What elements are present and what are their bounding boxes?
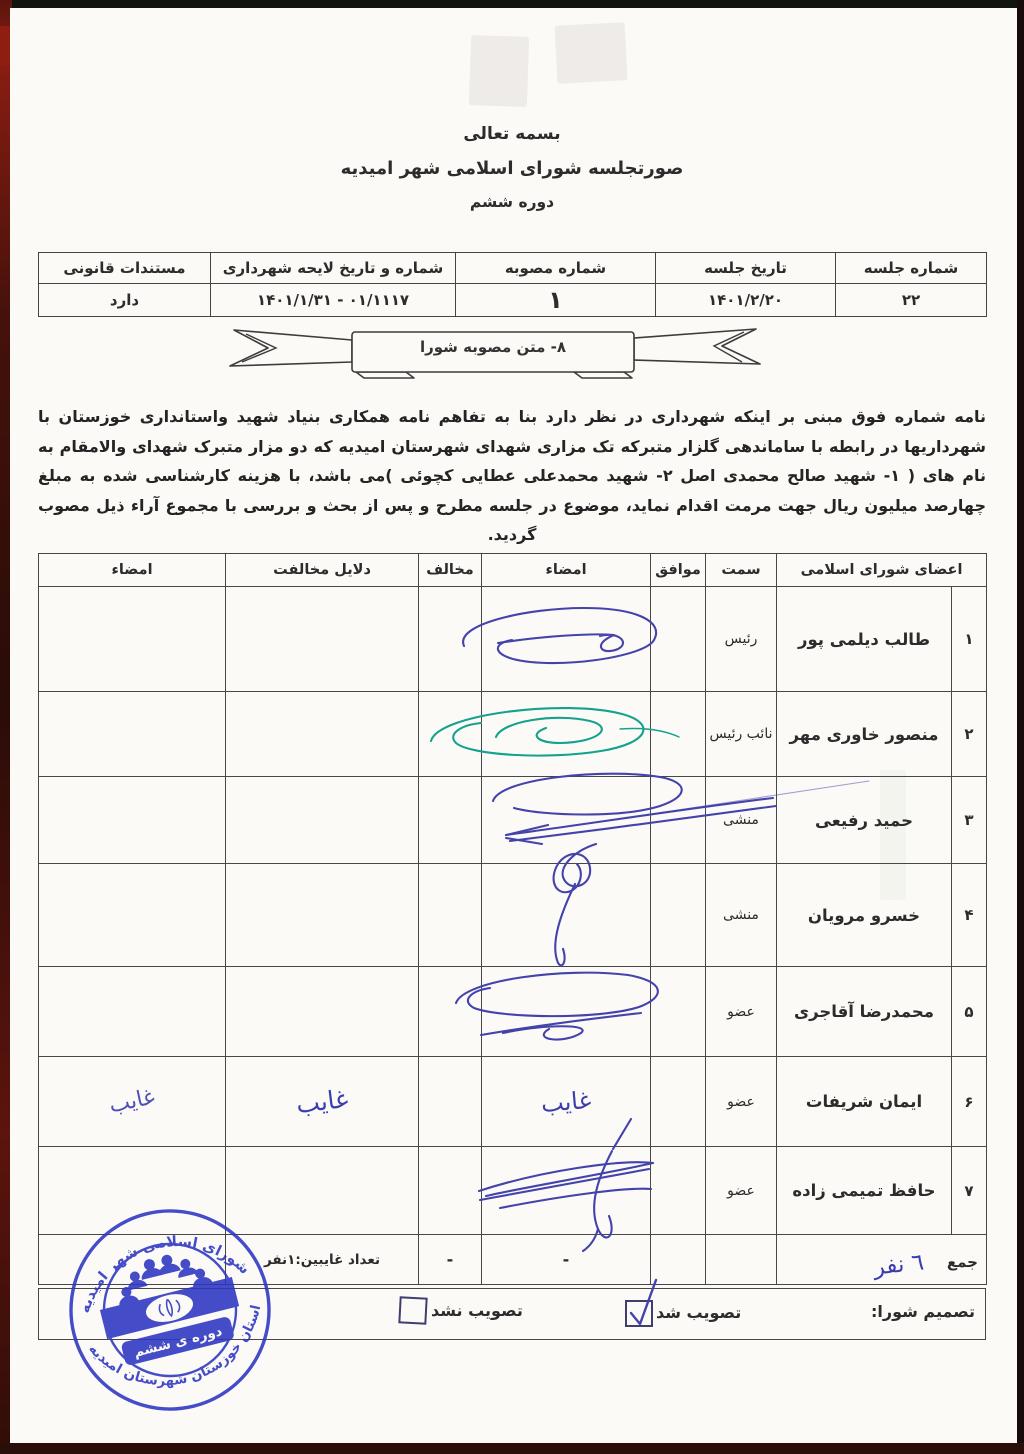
member-number: ۲ [952,692,987,777]
member-number: ۷ [952,1147,987,1235]
info-header-row: شماره جلسه تاریخ جلسه شماره مصوبه شماره … [39,253,987,284]
agree-cell [651,864,706,967]
member-row: ۲ منصور خاوری مهر نائب رئیس [39,692,987,777]
scan-edge-bottom [0,1443,1024,1454]
oppose-reason-cell: غایب [226,1057,419,1147]
signature-cell [482,1147,651,1235]
agree-cell [651,1057,706,1147]
handwritten-absent: غایب [107,1084,157,1118]
agree-cell [651,777,706,864]
session-number-value: ۲۲ [836,284,987,317]
scan-ghost-mark [555,22,628,84]
bill-number-value: ۰۱/۱۱۱۷ - ۱۴۰۱/۱/۳۱ [211,284,456,317]
term-line: دوره ششم [38,193,986,211]
document-header: بسمه تعالی صورتجلسه شورای اسلامی شهر امی… [38,124,986,211]
members-col-header: اعضای شورای اسلامی [777,554,987,587]
agree-cell [651,692,706,777]
oppose-cell [419,587,482,692]
bismillah-line: بسمه تعالی [38,124,986,144]
approved-label: تصویب شد [656,1303,741,1322]
oppose-cell [419,1057,482,1147]
member-row: ۱ طالب دیلمی پور رئیس [39,587,987,692]
member-position: منشی [706,864,777,967]
decision-label: تصمیم شورا: [871,1302,975,1321]
resolution-number-header: شماره مصوبه [456,253,656,284]
agree-cell [651,587,706,692]
member-name: خسرو مرویان [777,864,952,967]
signature2-cell [39,587,226,692]
member-position: عضو [706,1057,777,1147]
member-name: منصور خاوری مهر [777,692,952,777]
handwritten-absent: غایب [294,1084,349,1119]
member-row: ۷ حافظ تمیمی زاده عضو [39,1147,987,1235]
member-number: ۵ [952,967,987,1057]
section-banner: ۸- متن مصوبه شورا [216,326,770,384]
legal-docs-header: مستندات قانونی [39,253,211,284]
signature-cell [482,864,651,967]
decision-row: تصمیم شورا: تصویب شد تصویب نشد [38,1288,986,1340]
members-table-header: اعضای شورای اسلامی سمت موافق امضاء مخالف… [39,554,987,587]
signature2-cell [39,967,226,1057]
handwritten-total: ٦ نفر [873,1249,926,1280]
page-title: صورتجلسه شورای اسلامی شهر امیدیه [38,158,986,179]
info-value-row: ۲۲ ۱۴۰۱/۲/۲۰ ۱ ۰۱/۱۱۱۷ - ۱۴۰۱/۱/۳۱ دارد [39,284,987,317]
signature-cell [482,967,651,1057]
summary-row: جمع ٦ نفر - - تعداد غایبین:۱نفر [39,1235,987,1285]
signature-cell [482,777,651,864]
signature-col-header: امضاء [482,554,651,587]
oppose-cell [419,967,482,1057]
signature2-cell [39,692,226,777]
oppose-reason-cell [226,587,419,692]
session-number-header: شماره جلسه [836,253,987,284]
member-name: محمدرضا آقاجری [777,967,952,1057]
position-col-header: سمت [706,554,777,587]
oppose-cell [419,1147,482,1235]
member-name: حمید رفیعی [777,777,952,864]
agree-cell [651,1147,706,1235]
rejected-label: تصویب نشد [431,1301,523,1320]
resolution-number-value: ۱ [456,284,656,317]
legal-docs-value: دارد [39,284,211,317]
member-name: ایمان شریفات [777,1057,952,1147]
summary-oppose-dash: - [419,1235,482,1285]
signature-cell [482,587,651,692]
summary-agree-cell [651,1235,706,1285]
agree-cell [651,967,706,1057]
oppose-reasons-col-header: دلایل مخالفت [226,554,419,587]
signature-cell: غایب [482,1057,651,1147]
summary-signature2-cell [39,1235,226,1285]
signature-cell [482,692,651,777]
oppose-reason-cell [226,967,419,1057]
approved-checkbox [625,1300,653,1327]
session-date-value: ۱۴۰۱/۲/۲۰ [656,284,836,317]
summary-signature-dash: - [482,1235,651,1285]
oppose-cell [419,864,482,967]
summary-total-cell: جمع ٦ نفر [777,1235,987,1285]
oppose-cell [419,777,482,864]
agree-col-header: موافق [651,554,706,587]
member-number: ۱ [952,587,987,692]
session-info-table: شماره جلسه تاریخ جلسه شماره مصوبه شماره … [38,252,987,317]
member-position: عضو [706,1147,777,1235]
oppose-reason-cell [226,1147,419,1235]
absent-count-note: تعداد غایبین:۱نفر [226,1235,419,1285]
oppose-reason-cell [226,864,419,967]
scan-edge-right [1017,0,1024,1454]
signature2-cell [39,864,226,967]
summary-position-cell [706,1235,777,1285]
resolution-text: نامه شماره فوق مبنی بر اینکه شهرداری در … [38,402,986,550]
member-position: رئیس [706,587,777,692]
member-row: ۵ محمدرضا آقاجری عضو [39,967,987,1057]
oppose-col-header: مخالف [419,554,482,587]
member-number: ۳ [952,777,987,864]
bill-number-header: شماره و تاریخ لایحه شهرداری [211,253,456,284]
session-date-header: تاریخ جلسه [656,253,836,284]
signature2-col-header: امضاء [39,554,226,587]
summary-label: جمع [947,1253,978,1271]
member-row: ۶ ایمان شریفات عضو غایب غایب غایب [39,1057,987,1147]
oppose-cell [419,692,482,777]
handwritten-absent: غایب [540,1085,592,1117]
oppose-reason-cell [226,692,419,777]
members-vote-table: اعضای شورای اسلامی سمت موافق امضاء مخالف… [38,553,987,1285]
member-position: عضو [706,967,777,1057]
member-name: حافظ تمیمی زاده [777,1147,952,1235]
scan-ghost-mark [469,35,529,107]
member-number: ۴ [952,864,987,967]
rejected-checkbox [398,1296,427,1324]
signature2-cell: غایب [39,1057,226,1147]
member-name: طالب دیلمی پور [777,587,952,692]
member-row: ۴ خسرو مرویان منشی [39,864,987,967]
member-position: نائب رئیس [706,692,777,777]
signature2-cell [39,777,226,864]
member-position: منشی [706,777,777,864]
oppose-reason-cell [226,777,419,864]
member-number: ۶ [952,1057,987,1147]
signature2-cell [39,1147,226,1235]
banner-title: ۸- متن مصوبه شورا [352,338,634,356]
member-row: ۳ حمید رفیعی منشی [39,777,987,864]
scanned-meeting-minutes: بسمه تعالی صورتجلسه شورای اسلامی شهر امی… [0,0,1024,1454]
